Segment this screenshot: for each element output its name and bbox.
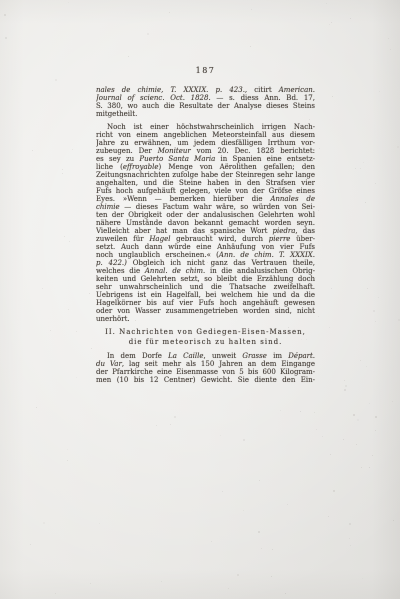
- scan-speck: [350, 545, 351, 546]
- scan-speck: [344, 380, 345, 381]
- text-run: Jahre zu erwähnen, um jedem diesfälligen…: [96, 139, 315, 147]
- scan-speck: [222, 491, 223, 492]
- scan-speck: [331, 22, 332, 23]
- text-line: nales de chimie, T. XXXIX. p. 423., citi…: [96, 86, 315, 94]
- scan-speck: [62, 169, 63, 170]
- scan-speck: [345, 385, 347, 387]
- text-line: Vielleicht aber hat man das spanische Wo…: [96, 227, 315, 235]
- text-line: men (10 bis 12 Centner) Gewicht. Sie die…: [96, 376, 315, 384]
- scanned-book-page: 187 nales de chimie, T. XXXIX. p. 423., …: [0, 0, 400, 599]
- scan-speck: [333, 490, 335, 492]
- scan-speck: [169, 12, 170, 13]
- italic-text: Ann. de chim. T. XXXIX.: [219, 251, 315, 259]
- text-line: Noch ist einer höchstwahrscheinlich irri…: [96, 123, 315, 131]
- scan-speck: [343, 439, 344, 440]
- scan-speck: [91, 348, 92, 349]
- scan-speck: [32, 150, 33, 151]
- italic-text: Hagel: [149, 235, 170, 243]
- scan-speck: [280, 410, 281, 411]
- scan-speck: [322, 436, 323, 437]
- scan-speck: [355, 168, 356, 169]
- paragraph: nales de chimie, T. XXXIX. p. 423., citi…: [96, 86, 315, 118]
- scan-speck: [72, 149, 73, 150]
- scan-speck: [319, 148, 320, 149]
- scan-speck: [243, 510, 244, 511]
- scan-speck: [220, 435, 221, 436]
- text-run: , unweit: [204, 352, 243, 360]
- italic-text: pierre: [269, 235, 291, 243]
- scan-speck: [330, 454, 331, 455]
- text-run: sehr unwahrscheinlich und die Thatsache …: [96, 283, 315, 291]
- italic-text: effroyable: [123, 163, 159, 171]
- text-line: keiten und Gelehrten setzt, so bleibt di…: [96, 275, 315, 283]
- text-line: oder von Wasser zusammengetrieben worden…: [96, 307, 315, 315]
- text-run: ten der Obrigkeit oder der andalusischen…: [96, 211, 315, 219]
- scan-speck: [50, 330, 51, 331]
- text-line: angehalten, und die Steine haben in den …: [96, 179, 315, 187]
- text-run: citirt: [247, 86, 279, 94]
- text-run: In dem Dorfe: [107, 352, 168, 360]
- scan-speck: [328, 516, 329, 517]
- scan-speck: [390, 49, 391, 50]
- text-run: angehalten, und die Steine haben in den …: [96, 179, 315, 187]
- italic-text: Grasse: [242, 352, 266, 360]
- scan-speck: [69, 241, 70, 242]
- text-run: Fufs hoch aufgehäuft gelegen, viele von …: [96, 187, 315, 195]
- scan-speck: [211, 541, 212, 542]
- italic-text: piedra: [273, 227, 296, 235]
- scan-speck: [369, 467, 370, 468]
- scan-speck: [259, 480, 260, 481]
- scan-speck: [287, 504, 288, 505]
- scan-speck: [156, 425, 157, 426]
- italic-text: Annal. de chim.: [145, 267, 205, 275]
- scan-speck: [174, 416, 176, 418]
- text-line: Uebrigens ist ein Hagelfall, bei welchem…: [96, 291, 315, 299]
- text-line: du Var, lag seit mehr als 150 Jahren an …: [96, 360, 315, 368]
- scan-speck: [99, 523, 100, 524]
- scan-speck: [67, 449, 68, 450]
- scan-speck: [243, 439, 245, 441]
- scan-speck: [318, 316, 319, 317]
- text-run: ) Menge von Aërolithen gefallen; den: [159, 163, 315, 171]
- scan-speck: [68, 2, 69, 3]
- scan-speck: [271, 576, 272, 577]
- scan-speck: [76, 331, 77, 332]
- text-run: oder von Wasser zusammengetrieben worden…: [96, 307, 315, 315]
- text-line: In dem Dorfe La Caille, unweit Grasse im…: [96, 352, 315, 360]
- scan-speck: [366, 366, 367, 367]
- scan-speck: [329, 24, 330, 25]
- scan-speck: [170, 424, 171, 425]
- scan-speck: [329, 327, 330, 328]
- text-run: nähere Umstände davon bekannt gemacht wo…: [96, 219, 315, 227]
- text-line: nähere Umstände davon bekannt gemacht wo…: [96, 219, 315, 227]
- text-run: , lag seit mehr als 150 Jahren an dem Ei…: [122, 360, 315, 368]
- scan-speck: [315, 277, 316, 278]
- text-line: unerhört.: [96, 315, 315, 323]
- scan-speck: [258, 531, 260, 533]
- text-line: welches die Annal. de chim. in die andal…: [96, 267, 315, 275]
- text-line: Jahre zu erwähnen, um jedem diesfälligen…: [96, 139, 315, 147]
- italic-text: American.: [279, 86, 315, 94]
- scan-speck: [272, 549, 273, 550]
- text-line: Eyes. »Wenn — bemerken hierüber die Anna…: [96, 195, 315, 203]
- scan-speck: [375, 183, 376, 184]
- text-line: es sey zu Puerto Santa Maria in Spanien …: [96, 155, 315, 163]
- italic-text: chimie: [96, 203, 120, 211]
- text-line: zuweilen für Hagel gebraucht wird, durch…: [96, 235, 315, 243]
- heading-line: II. Nachrichten von Gediegen-Eisen-Masse…: [96, 328, 315, 338]
- scan-speck: [356, 444, 357, 445]
- scan-speck: [68, 309, 69, 310]
- scan-speck: [76, 377, 77, 378]
- heading-line: die für meteorisch zu halten sind.: [96, 338, 315, 348]
- scan-speck: [350, 18, 351, 19]
- scan-speck: [147, 33, 149, 35]
- text-run: gebraucht wird, durch: [170, 235, 268, 243]
- text-run: noch unglaublich erscheinen.« (: [96, 251, 219, 259]
- scan-speck: [237, 574, 239, 576]
- scan-speck: [67, 460, 68, 461]
- scan-speck: [375, 416, 377, 418]
- scan-speck: [64, 236, 65, 237]
- scan-speck: [388, 38, 389, 39]
- paragraph: In dem Dorfe La Caille, unweit Grasse im…: [96, 352, 315, 384]
- scan-speck: [316, 429, 317, 430]
- scan-speck: [90, 583, 91, 584]
- scan-speck: [378, 297, 379, 298]
- scan-speck: [367, 288, 368, 289]
- scan-speck: [332, 96, 333, 97]
- text-line: sehr unwahrscheinlich und die Thatsache …: [96, 283, 315, 291]
- text-line: Zeitungsnachrichten zufolge habe der Ste…: [96, 171, 315, 179]
- scan-speck: [369, 403, 370, 404]
- text-run: Eyes. »Wenn — bemerken hierüber die: [96, 195, 270, 203]
- scan-speck: [161, 581, 162, 582]
- italic-text: La Caille: [168, 352, 203, 360]
- text-line: S. 380, wo auch die Resultate der Analys…: [96, 102, 315, 110]
- text-line: richt von einem angeblichen Meteorsteinf…: [96, 131, 315, 139]
- scan-speck: [362, 578, 363, 579]
- scan-speck: [349, 523, 351, 525]
- text-run: S. 380, wo auch die Resultate der Analys…: [96, 102, 315, 110]
- text-run: richt von einem angeblichen Meteorsteinf…: [96, 131, 315, 139]
- scan-speck: [392, 401, 393, 402]
- scan-speck: [331, 288, 332, 289]
- page-text: nales de chimie, T. XXXIX. p. 423., citi…: [96, 86, 315, 384]
- text-run: mitgetheilt.: [96, 110, 137, 118]
- page-number: 187: [96, 66, 315, 75]
- scan-speck: [5, 37, 7, 39]
- scan-speck: [228, 588, 229, 589]
- text-run: — s. diess Ann. Bd. 17,: [211, 94, 315, 102]
- text-run: Uebrigens ist ein Hagelfall, bei welchem…: [96, 291, 315, 299]
- scan-speck: [375, 430, 376, 431]
- italic-text: p. 422.): [96, 259, 127, 267]
- text-line: mitgetheilt.: [96, 110, 315, 118]
- text-run: Noch ist einer höchstwahrscheinlich irri…: [107, 123, 315, 131]
- italic-text: Puerto Santa Maria: [139, 155, 215, 163]
- text-line: p. 422.) Obgleich ich nicht ganz das Ver…: [96, 259, 315, 267]
- text-run: vom 20. Dec. 1828 berichtet:: [191, 147, 315, 155]
- text-run: liche (: [96, 163, 123, 171]
- text-line: Journal of scienc. Oct. 1828. — s. diess…: [96, 94, 315, 102]
- text-run: II. Nachrichten von Gediegen-Eisen-Masse…: [105, 328, 306, 336]
- text-run: unerhört.: [96, 315, 130, 323]
- scan-speck: [62, 173, 63, 174]
- scan-speck: [363, 162, 364, 163]
- text-run: men (10 bis 12 Centner) Gewicht. Sie die…: [96, 376, 315, 384]
- scan-speck: [357, 419, 359, 421]
- text-run: Hagelkörner bis auf vier Fufs hoch angeh…: [96, 299, 315, 307]
- scan-speck: [373, 310, 375, 312]
- scan-speck: [344, 389, 346, 391]
- text-line: liche (effroyable) Menge von Aërolithen …: [96, 163, 315, 171]
- scan-speck: [55, 79, 57, 81]
- text-run: setzt. Auch dann würde eine Anhäufung vo…: [96, 243, 315, 251]
- text-run: Zeitungsnachrichten zufolge habe der Ste…: [96, 171, 315, 179]
- scan-speck: [4, 14, 6, 16]
- text-run: Obgleich ich nicht ganz das Vertrauen th…: [127, 259, 315, 267]
- scan-speck: [300, 411, 301, 412]
- text-line: Hagelkörner bis auf vier Fufs hoch angeh…: [96, 299, 315, 307]
- scan-speck: [360, 168, 361, 169]
- scan-speck: [372, 455, 373, 456]
- scan-speck: [349, 538, 350, 539]
- section-heading: II. Nachrichten von Gediegen-Eisen-Masse…: [96, 328, 315, 347]
- paragraph: Noch ist einer höchstwahrscheinlich irri…: [96, 123, 315, 323]
- text-run: in die andalusischen Obrig-: [205, 267, 315, 275]
- text-column: 187 nales de chimie, T. XXXIX. p. 423., …: [96, 66, 315, 384]
- scan-speck: [361, 467, 362, 468]
- text-run: zuweilen für: [96, 235, 149, 243]
- scan-speck: [89, 293, 90, 294]
- scan-speck: [43, 522, 45, 524]
- italic-text: Annales de: [270, 195, 315, 203]
- text-line: zubeugen. Der Moniteur vom 20. Dec. 1828…: [96, 147, 315, 155]
- scan-speck: [326, 3, 327, 4]
- italic-text: Moniteur: [158, 147, 191, 155]
- text-run: zubeugen. Der: [96, 147, 158, 155]
- text-line: der Pfarrkirche eine Eisenmasse von 5 bi…: [96, 368, 315, 376]
- text-line: setzt. Auch dann würde eine Anhäufung vo…: [96, 243, 315, 251]
- scan-speck: [128, 56, 129, 57]
- scan-speck: [353, 414, 355, 416]
- scan-speck: [314, 412, 315, 413]
- scan-speck: [55, 593, 56, 594]
- scan-speck: [251, 9, 252, 10]
- text-run: welches die: [96, 267, 145, 275]
- text-line: ten der Obrigkeit oder der andalusischen…: [96, 211, 315, 219]
- text-run: die für meteorisch zu halten sind.: [129, 338, 283, 346]
- scan-speck: [36, 407, 37, 408]
- scan-speck: [365, 202, 366, 203]
- scan-speck: [42, 288, 43, 289]
- italic-text: du Var: [96, 360, 122, 368]
- text-run: in Spanien eine entsetz-: [215, 155, 315, 163]
- italic-text: Journal of scienc. Oct. 1828.: [96, 94, 211, 102]
- text-run: der Pfarrkirche eine Eisenmasse von 5 bi…: [96, 368, 315, 376]
- text-run: im: [267, 352, 288, 360]
- text-run: über-: [290, 235, 315, 243]
- scan-speck: [379, 91, 380, 92]
- scan-speck: [250, 46, 251, 47]
- text-run: es sey zu: [96, 155, 139, 163]
- scan-speck: [375, 321, 376, 322]
- text-line: noch unglaublich erscheinen.« (Ann. de c…: [96, 251, 315, 259]
- text-line: Fufs hoch aufgehäuft gelegen, viele von …: [96, 187, 315, 195]
- scan-speck: [285, 593, 286, 594]
- scan-speck: [393, 520, 394, 521]
- text-line: chimie — dieses Factum wahr wäre, so wür…: [96, 203, 315, 211]
- scan-speck: [30, 544, 31, 545]
- text-run: Vielleicht aber hat man das spanische Wo…: [96, 227, 273, 235]
- scan-speck: [318, 210, 319, 211]
- italic-text: Départ.: [288, 352, 315, 360]
- scan-speck: [360, 360, 361, 361]
- italic-text: nales de chimie, T. XXXIX. p. 423.,: [96, 86, 247, 94]
- text-run: keiten und Gelehrten setzt, so bleibt di…: [96, 275, 315, 283]
- text-run: , das: [295, 227, 315, 235]
- scan-speck: [261, 548, 262, 549]
- text-run: — dieses Factum wahr wäre, so würden von…: [120, 203, 315, 211]
- scan-speck: [397, 146, 399, 148]
